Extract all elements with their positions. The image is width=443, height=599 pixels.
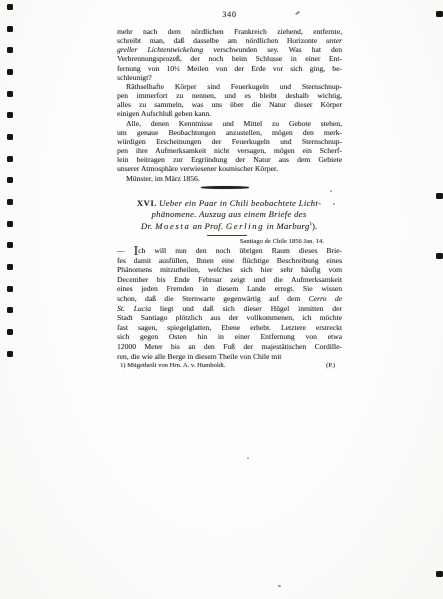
text-line: Alle, denen Kenntnisse und Mittel zu Geb… (117, 119, 342, 128)
scan-edge-dash-left (7, 91, 13, 97)
scan-edge-dash-left (7, 242, 13, 248)
scan-speck (247, 457, 249, 459)
text-line: lein beitragen zur Ergründung der Natur … (117, 155, 342, 164)
footnote-text: 1) Mitgetheilt von Hrn. A. v. Humboldt. (120, 362, 225, 369)
scan-speck (333, 203, 335, 205)
page-number: 340 (117, 10, 342, 19)
article-body-text: — Ich will nun den noch übrigen Raum die… (117, 246, 342, 361)
text-line: Verbrennungsprozeß, der noch beim Schlus… (117, 54, 342, 63)
scan-edge-mark-right (436, 571, 443, 577)
text-line: mehr nach dem nördlichen Frankreich zieh… (117, 27, 342, 36)
text-line: December bis Ende Februar zeigt und die … (117, 275, 342, 285)
dateline: Santiago de Chile 1856 Jan. 14. (117, 238, 324, 245)
scan-edge-dash-left (7, 26, 13, 32)
scan-edge-dash-left (7, 112, 13, 118)
scan-edge-dash-left (7, 264, 13, 270)
text-line: Stadt Santiago plötzlich aus der vollkom… (117, 313, 342, 323)
scan-edge-dash-left (7, 134, 13, 140)
text-line: schon, daß die Sternwarte gegenwärtig au… (117, 294, 342, 304)
text-line: fes damit ausfüllen, Ihnen eine flüchtig… (117, 256, 342, 266)
scan-speck (278, 585, 281, 588)
text-line: Phänomens mitzutheilen, welches sich hie… (117, 265, 342, 275)
paragraph: Alle, denen Kenntnisse und Mittel zu Geb… (117, 119, 342, 174)
scan-edge-dash-left (7, 156, 13, 162)
footnote-row: 1) Mitgetheilt von Hrn. A. v. Humboldt. … (120, 362, 339, 369)
previous-article-closing-text: mehr nach dem nördlichen Frankreich zieh… (117, 27, 342, 183)
text-line: — Ich will nun den noch übrigen Raum die… (117, 246, 342, 256)
scan-edge-mark-right (436, 11, 443, 17)
text-line: fast sagen, spiegelglatten, Ebene erhebt… (117, 323, 342, 333)
footnote-printer-mark: (P.) (326, 362, 335, 369)
text-line: fernung von 10½ Meilen von der Erde vor … (117, 64, 342, 73)
heading-underline-rule (207, 235, 247, 236)
scan-edge-mark-right (436, 193, 443, 199)
text-line: um genaue Beobachtungen anzustellen, mög… (117, 128, 342, 137)
text-line: sich gegen Osten hin in einer Entfernung… (117, 332, 342, 342)
scan-edge-dash-left (7, 351, 13, 357)
text-line: Dr. Moesta an Prof. Gerling in Marburg1)… (109, 221, 349, 232)
text-line: St. Lucia liegt und daß sich dieser Hüge… (117, 304, 342, 314)
scan-edge-dash-left (7, 47, 13, 53)
scan-edge-dash-left (7, 199, 13, 205)
paragraph: mehr nach dem nördlichen Frankreich zieh… (117, 27, 342, 82)
scanned-page: 340 mehr nach dem nördlichen Frankreich … (0, 0, 443, 599)
text-line: XVI. Ueber ein Paar in Chili beobachtete… (109, 198, 349, 209)
text-line: ren, die wie alle Berge in diesem Theile… (117, 352, 342, 362)
text-line: greller Lichtentwickelung verschwunden s… (117, 45, 342, 54)
text-line: pen ihre Aufmerksamkeit nicht versagen, … (117, 146, 342, 155)
scan-edge-dash-left (7, 177, 13, 183)
text-line: einigen Aufschluß geben kann. (117, 109, 342, 118)
scan-edge-dash-left (7, 69, 13, 75)
text-line: schreibt man, daß dasselbe am nördlichen… (117, 36, 342, 45)
text-line: phänomene. Auszug aus einem Briefe des (109, 209, 349, 220)
scan-speck (330, 190, 332, 192)
text-line: pen immerfort zu nennen, und es bleibt d… (117, 91, 342, 100)
scan-edge-dash-left (7, 4, 13, 10)
scan-edge-mark-right (436, 253, 443, 259)
text-line: alles zu sammeln, was uns über die Natur… (117, 100, 342, 109)
scan-edge-dash-left (7, 286, 13, 292)
text-line: Räthselhafte Körper sind Feuerkugeln und… (117, 82, 342, 91)
scan-edge-dash-left (7, 329, 13, 335)
section-divider-rule (201, 186, 249, 189)
text-line: eines jeden Fremden in diesem Lande erre… (117, 284, 342, 294)
signature-line: Münster, im März 1856. (117, 174, 342, 183)
article-heading: XVI. Ueber ein Paar in Chili beobachtete… (109, 198, 349, 232)
text-line: unserer Atmosphäre verwiesener kosmische… (117, 164, 342, 173)
scan-edge-dash-left (7, 307, 13, 313)
text-line: schleunigt? (117, 73, 342, 82)
text-line: würdigen Erscheinungen der Feuerkugeln u… (117, 137, 342, 146)
paragraph: Räthselhafte Körper sind Feuerkugeln und… (117, 82, 342, 119)
text-line: 12000 Meter bis an den Fuß der majestäti… (117, 342, 342, 352)
scan-edge-dash-left (7, 221, 13, 227)
